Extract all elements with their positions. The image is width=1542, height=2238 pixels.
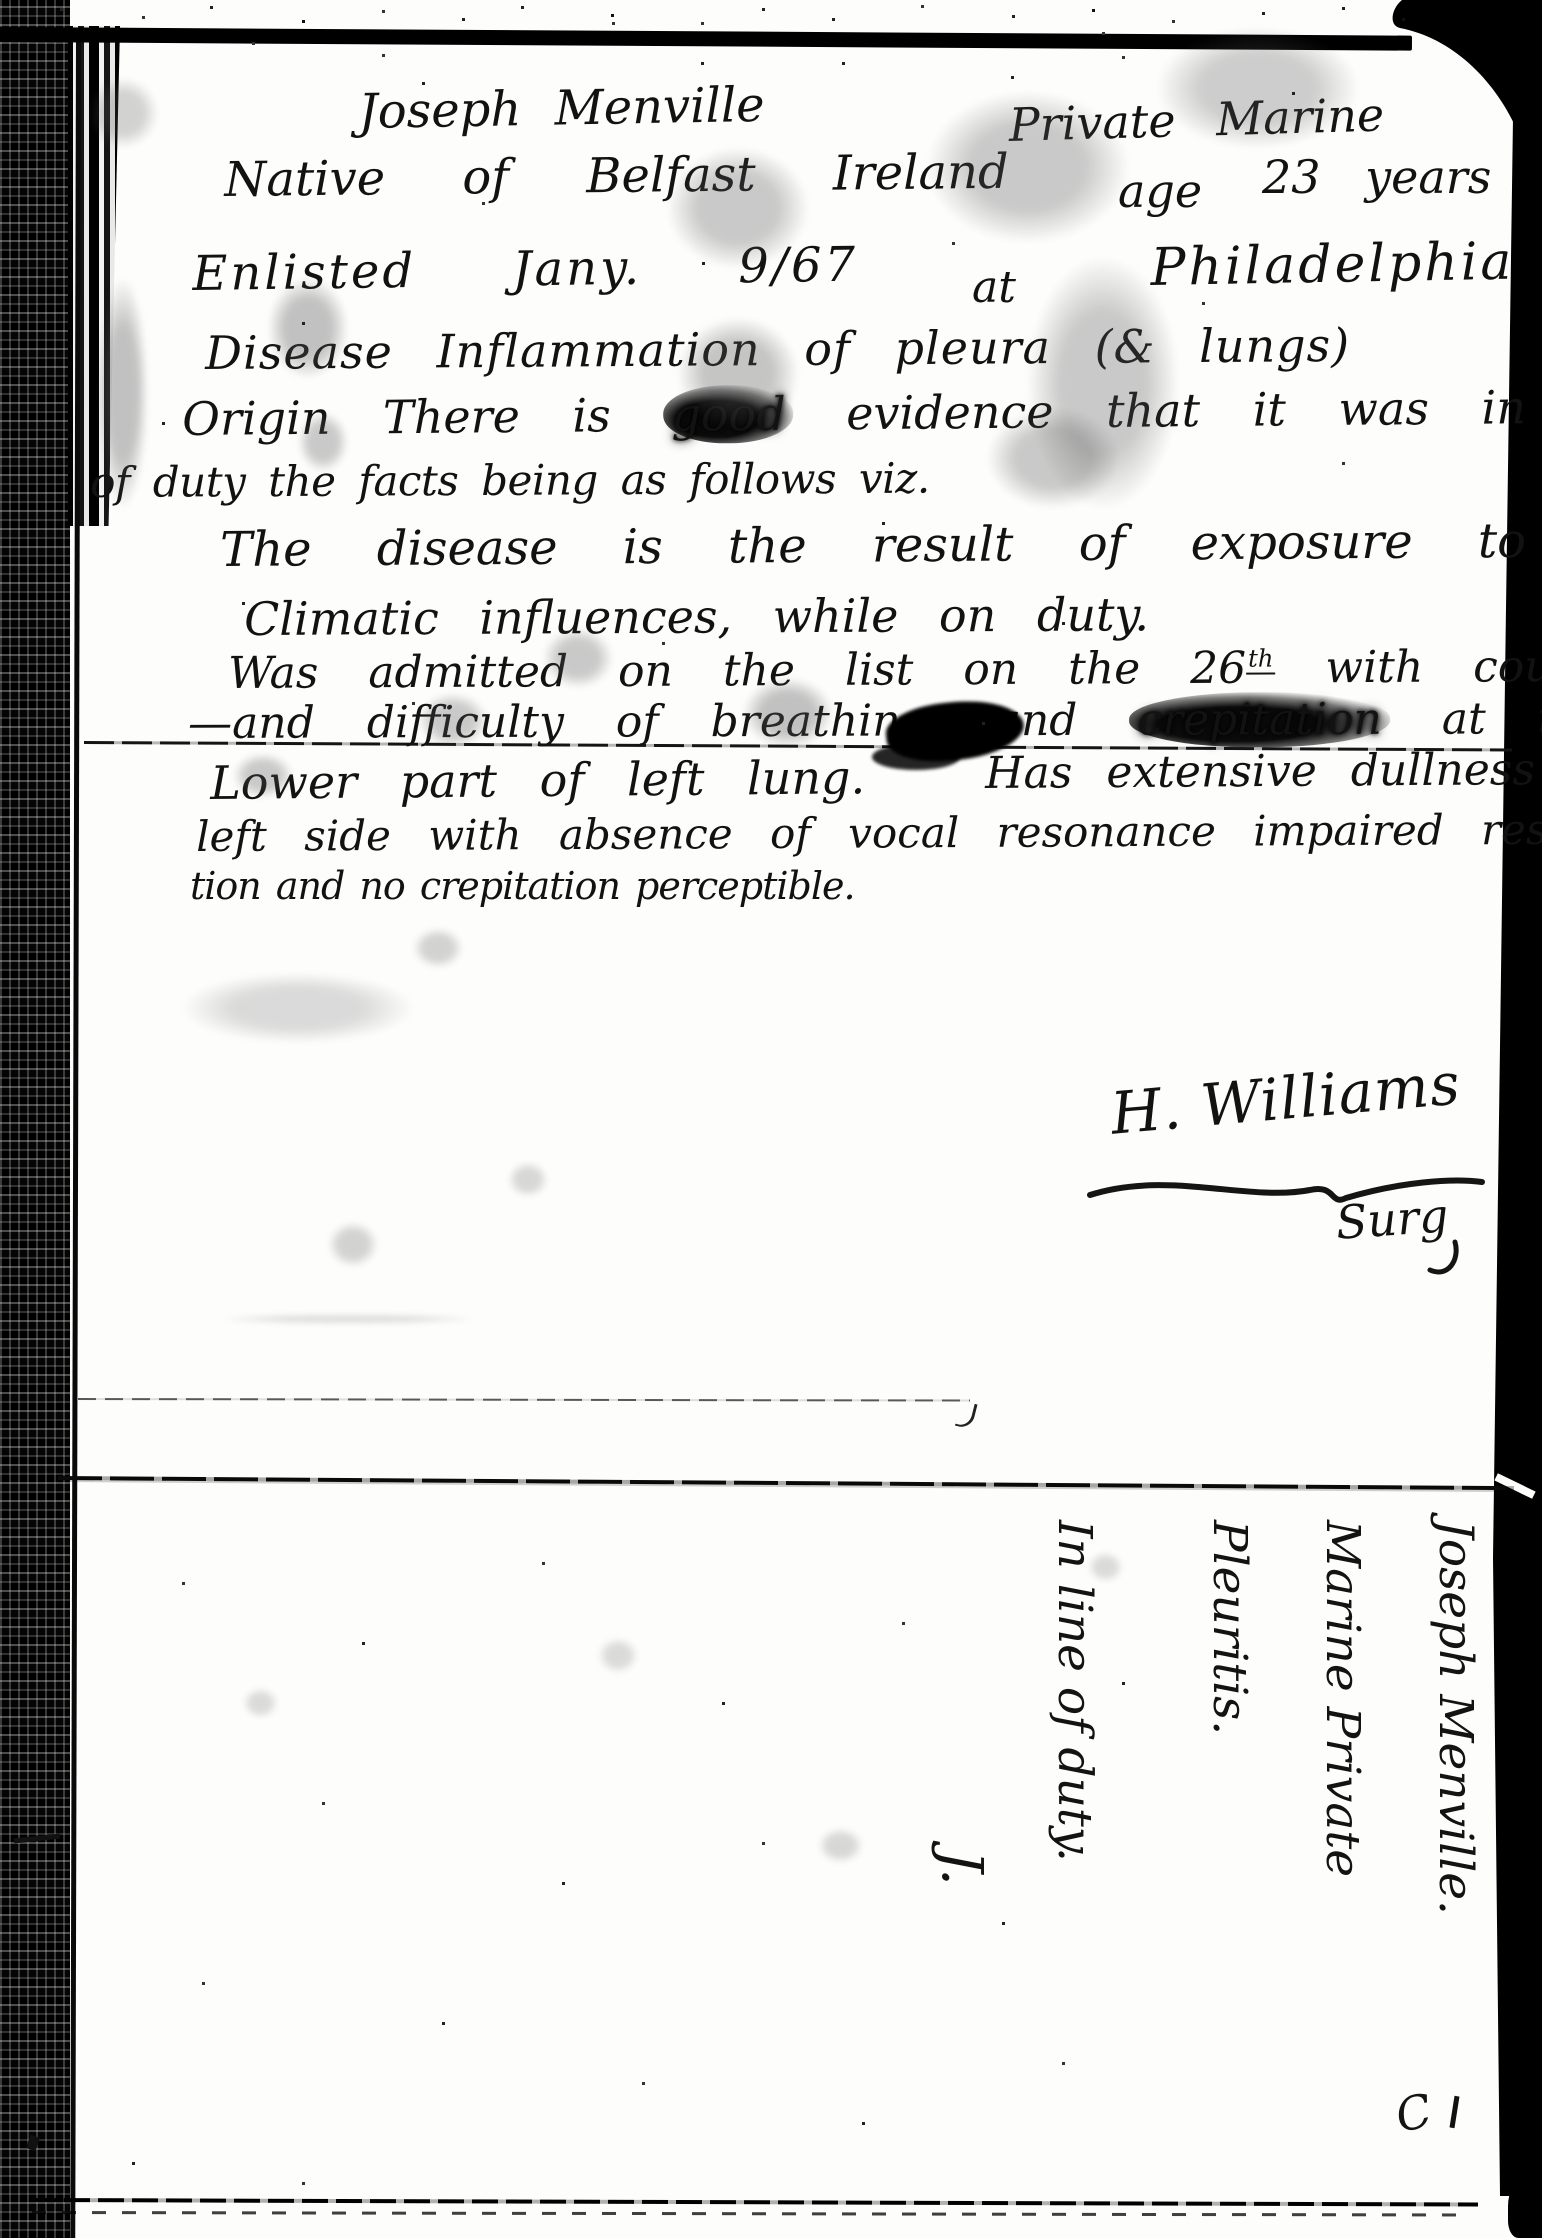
sideways-note-finding: In line of duty. xyxy=(1018,1520,1131,2080)
fold-line-hook xyxy=(955,1400,978,1429)
scanned-document-page: Joseph Menville Private Marine Native of… xyxy=(0,0,1542,2238)
climate-line: Climatic influences, while on duty. xyxy=(244,587,1149,646)
ink-smudge xyxy=(183,973,413,1043)
sideways-docket-note: Joseph Menville. Marine Private Pleuriti… xyxy=(905,1520,1512,2080)
patient-name: Joseph Menville xyxy=(358,77,765,140)
ink-smudge xyxy=(543,628,613,688)
surgeon-signature: H. Williams xyxy=(1108,1049,1463,1147)
ordinal-suffix: th xyxy=(1246,645,1275,675)
ink-smudge xyxy=(413,928,463,968)
ink-smudge xyxy=(743,678,833,748)
exposure-line: The disease is the result of exposure to xyxy=(220,513,1526,578)
ink-smudge xyxy=(418,693,488,748)
ink-smudge xyxy=(988,408,1118,508)
ink-specks xyxy=(0,1500,3,1503)
ink-smudge xyxy=(268,278,348,378)
ink-smudge xyxy=(508,1162,548,1197)
crepitation-line: tion and no crepitation perceptible. xyxy=(190,864,855,908)
origin-line: Origin There is good evidence that it wa… xyxy=(182,379,1542,446)
ink-smudge xyxy=(243,1688,278,1718)
admitted-line-end: with cough xyxy=(1275,641,1542,694)
sideways-note-name: Joseph Menville. xyxy=(1399,1520,1512,2080)
ink-smudge xyxy=(218,1314,478,1324)
duty-line: of duty the facts being as follows viz. xyxy=(90,454,930,507)
dullness-line: Has extensive dullness xyxy=(985,744,1535,799)
at-label: at xyxy=(972,262,1016,313)
ink-smudge xyxy=(928,92,1128,242)
sideways-note-initial: J. xyxy=(905,1520,1018,2080)
bottom-right-ink-blob xyxy=(1508,2180,1542,2238)
surgeon-title: Surg xyxy=(1334,1188,1450,1250)
page-fold-line-lower xyxy=(58,1476,1514,1490)
admitted-line-start: Was admitted on the list on the 26 xyxy=(228,643,1246,699)
ink-smudge xyxy=(818,1828,863,1863)
ink-smudge xyxy=(1158,28,1358,148)
age-value: 23 years xyxy=(1262,150,1491,204)
origin-line-start: Origin There is xyxy=(182,388,664,446)
ink-smudge xyxy=(298,412,348,472)
blotted-word-crepitation: crepitation xyxy=(1129,692,1390,748)
ink-smudge xyxy=(678,318,798,428)
book-binding-edge xyxy=(0,0,70,2238)
page-fold-line-short xyxy=(78,1398,970,1402)
ink-blot xyxy=(872,744,960,770)
ink-smudge xyxy=(98,278,148,508)
bottom-edge-line-2 xyxy=(32,2211,1470,2217)
breathing-line-end: at t xyxy=(1390,693,1542,745)
nativity-line: Native of Belfast Ireland xyxy=(224,144,1009,208)
lung-line: Lower part of left lung. xyxy=(210,750,865,810)
ink-specks xyxy=(0,0,3,3)
admitted-line: Was admitted on the list on the 26th wit… xyxy=(228,641,1542,699)
bottom-edge-line-1 xyxy=(30,2198,1478,2207)
resonance-line: left side with absence of vocal resonanc… xyxy=(196,805,1542,861)
ink-smudge xyxy=(328,1222,378,1267)
ink-smudge xyxy=(88,78,158,148)
age-label: age xyxy=(1118,164,1202,218)
sideways-note-disease: Pleuritis. xyxy=(1173,1520,1286,2080)
stray-corner-mark: C xyxy=(1391,2083,1437,2143)
stray-tick-mark xyxy=(1450,2096,1460,2128)
ink-smudge xyxy=(668,148,808,268)
ink-smudge xyxy=(598,1638,638,1673)
breathing-line: —and difficulty of breathing, and crepit… xyxy=(188,693,1542,749)
ink-smudge xyxy=(233,753,293,798)
ink-smudge xyxy=(1088,1552,1123,1582)
sideways-note-rank: Marine Private xyxy=(1286,1520,1399,2080)
enlistment-place: Philadelphia xyxy=(1150,232,1515,298)
